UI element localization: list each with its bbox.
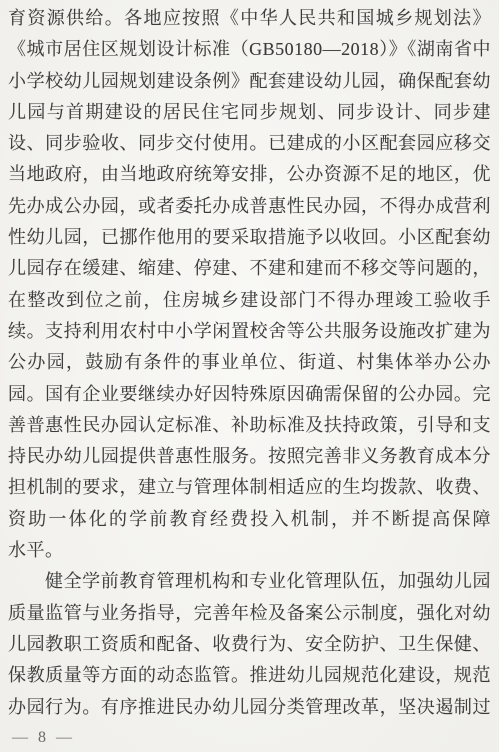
text-line: 善普惠性民办园认定标准、补助标准及扶持政策，引导和支 (8, 410, 491, 441)
text-line: 公办园，鼓励有条件的事业单位、街道、村集体举办公办 (8, 347, 491, 378)
text-line: 当地政府，由当地政府统筹安排，公办资源不足的地区，优 (8, 159, 491, 190)
text-line: 性幼儿园，已挪作他用的要采取措施予以收回。小区配套幼 (8, 222, 491, 253)
text-line: 在整改到位之前，住房城乡建设部门不得办理竣工验收手 (8, 285, 491, 316)
document-page: 育资源供给。各地应按照《中华人民共和国城乡规划法》 《城市居住区规划设计标准（G… (0, 0, 499, 752)
text-line: 设、同步验收、同步交付使用。已建成的小区配套园应移交 (8, 128, 491, 159)
text-line: 先办成公办园，或者委托办成普惠性民办园，不得办成营利 (8, 191, 491, 222)
page-number: — 8 — (12, 728, 491, 748)
text-line: 园。国有企业要继续办好因特殊原因确需保留的公办园。完 (8, 379, 491, 410)
text-line: 保教质量等方面的动态监管。推进幼儿园规范化建设，规范 (8, 660, 491, 691)
document-body-text: 育资源供给。各地应按照《中华人民共和国城乡规划法》 《城市居住区规划设计标准（G… (8, 3, 491, 723)
text-line: 育资源供给。各地应按照《中华人民共和国城乡规划法》 (8, 3, 491, 34)
text-line: 续。支持利用农村中小学闲置校舍等公共服务设施改扩建为 (8, 316, 491, 347)
text-line: 持民办幼儿园提供普惠性服务。按照完善非义务教育成本分 (8, 441, 491, 472)
text-line: 《城市居住区规划设计标准（GB50180—2018）》《湖南省中 (8, 34, 491, 65)
text-line: 儿园教职工资质和配备、收费行为、安全防护、卫生保健、 (8, 629, 491, 660)
text-line: 办园行为。有序推进民办幼儿园分类管理改革，坚决遏制过 (8, 692, 491, 723)
text-line: 担机制的要求，建立与管理体制相适应的生均拨款、收费、 (8, 472, 491, 503)
text-line: 儿园存在缓建、缩建、停建、不建和建而不移交等问题的， (8, 253, 491, 284)
text-line: 儿园与首期建设的居民住宅同步规划、同步设计、同步建 (8, 97, 491, 128)
text-line: 水平。 (8, 535, 491, 566)
text-line: 健全学前教育管理机构和专业化管理队伍，加强幼儿园 (8, 566, 491, 597)
text-line: 小学校幼儿园规划建设条例》配套建设幼儿园，确保配套幼 (8, 66, 491, 97)
text-line: 质量监管与业务指导，完善年检及备案公示制度，强化对幼 (8, 598, 491, 629)
text-line: 资助一体化的学前教育经费投入机制，并不断提高保障 (8, 504, 491, 535)
